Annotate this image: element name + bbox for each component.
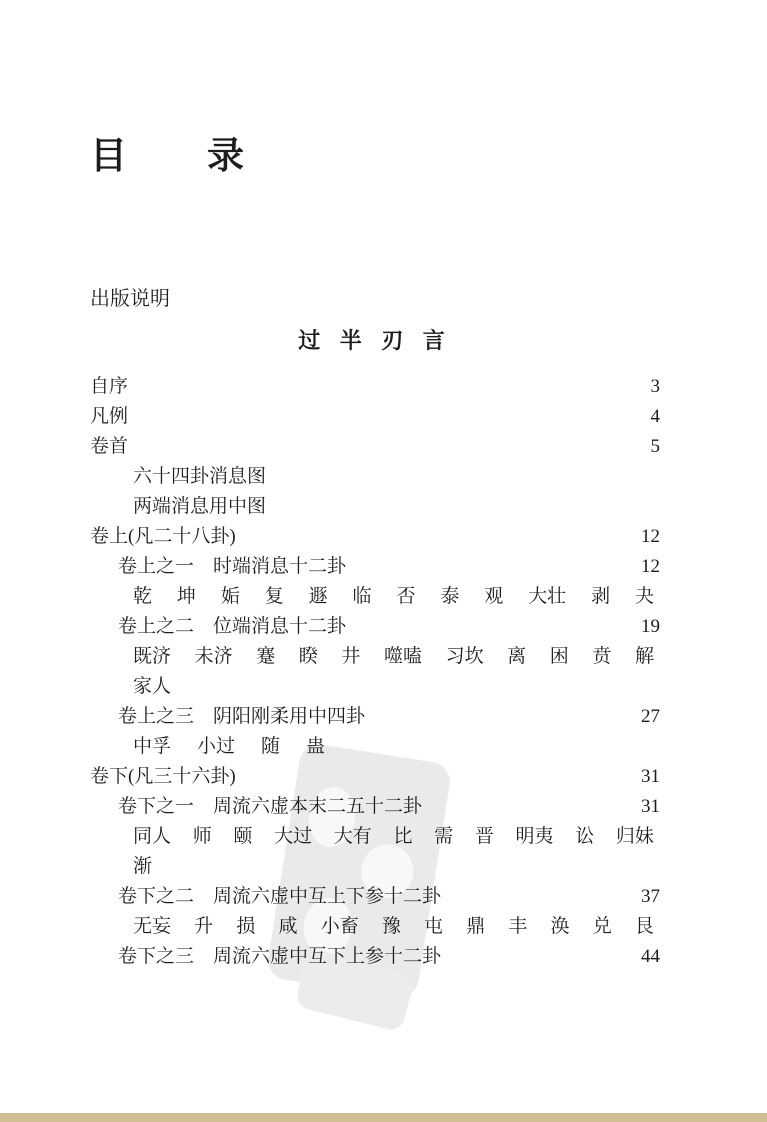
hexagram-name: 未济 — [195, 644, 233, 669]
hexagram-name: 观 — [484, 584, 503, 609]
toc-entry-row: 凡例4 — [90, 404, 660, 429]
toc-entry-text: 六十四卦消息图 — [133, 464, 266, 489]
toc-entry-text: 自序 — [90, 374, 128, 399]
hexagram-name: 小畜 — [321, 914, 359, 939]
hexagram-name: 临 — [353, 584, 372, 609]
toc-entry-row: 卷上之二 位端消息十二卦19 — [90, 614, 660, 639]
hexagram-name: 豫 — [382, 914, 401, 939]
toc-hexagram-row: 同人师颐大过大有比需晋明夷讼归妹 — [90, 824, 660, 849]
front-matter-entry: 出版说明 — [90, 286, 660, 312]
hexagram-name: 姤 — [221, 584, 240, 609]
hexagram-name: 明夷 — [516, 824, 554, 849]
toc-entry-text: 卷下之三 周流六虚中互下上参十二卦 — [118, 944, 441, 969]
toc-hexagram-row: 家人 — [90, 674, 660, 699]
hexagram-name: 兑 — [593, 914, 612, 939]
toc-hexagram-row: 既济未济蹇睽井噬嗑习坎离困贲解 — [90, 644, 660, 669]
hexagram-name: 家人 — [133, 674, 171, 699]
toc-entry-text: 两端消息用中图 — [133, 494, 266, 519]
toc-hexagram-row: 渐 — [90, 854, 660, 879]
hexagram-name: 无妄 — [133, 914, 171, 939]
toc-hexagram-row: 无妄升损咸小畜豫屯鼎丰涣兑艮 — [90, 914, 660, 939]
toc-entry-page-number: 27 — [641, 704, 660, 729]
hexagram-name: 鼎 — [466, 914, 485, 939]
toc-entry-text: 卷上之三 阴阳刚柔用中四卦 — [118, 704, 365, 729]
page-content: 目 录 出版说明 过 半 刃 言 自序3凡例4卷首5六十四卦消息图两端消息用中图… — [90, 136, 660, 974]
hexagram-name: 大有 — [334, 824, 372, 849]
hexagram-name: 遯 — [309, 584, 328, 609]
hexagram-name: 师 — [193, 824, 212, 849]
hexagram-names-line: 既济未济蹇睽井噬嗑习坎离困贲解 — [133, 644, 660, 669]
hexagram-name: 涣 — [551, 914, 570, 939]
scanned-book-page: 目 录 出版说明 过 半 刃 言 自序3凡例4卷首5六十四卦消息图两端消息用中图… — [0, 0, 767, 1122]
hexagram-name: 睽 — [299, 644, 318, 669]
toc-entry-text: 卷首 — [90, 434, 128, 459]
hexagram-name: 习坎 — [446, 644, 484, 669]
hexagram-name: 损 — [236, 914, 255, 939]
hexagram-name: 困 — [550, 644, 569, 669]
hexagram-names-line: 渐 — [133, 854, 660, 879]
hexagram-name: 复 — [265, 584, 284, 609]
hexagram-names-line: 家人 — [133, 674, 660, 699]
hexagram-name: 归妹 — [616, 824, 654, 849]
toc-entry-page-number: 37 — [641, 884, 660, 909]
hexagram-name: 大壮 — [528, 584, 566, 609]
hexagram-name: 既济 — [133, 644, 171, 669]
hexagram-name: 同人 — [133, 824, 171, 849]
hexagram-name: 井 — [341, 644, 360, 669]
hexagram-name: 讼 — [575, 824, 594, 849]
hexagram-name: 坤 — [177, 584, 196, 609]
toc-entry-text: 卷上(凡二十八卦) — [90, 524, 236, 549]
toc-entry-row: 卷首5 — [90, 434, 660, 459]
hexagram-name: 颐 — [233, 824, 252, 849]
toc-entry-page-number: 5 — [651, 434, 661, 459]
toc-entry-page-number: 44 — [641, 944, 660, 969]
hexagram-name: 中孚 — [133, 734, 171, 759]
toc-entry-row: 卷上之三 阴阳刚柔用中四卦27 — [90, 704, 660, 729]
section-title: 过 半 刃 言 — [90, 328, 660, 354]
hexagram-name: 贲 — [592, 644, 611, 669]
toc-entry-row: 卷上之一 时端消息十二卦12 — [90, 554, 660, 579]
toc-entry-page-number: 12 — [641, 524, 660, 549]
hexagram-name: 噬嗑 — [384, 644, 422, 669]
toc-entry-page-number: 19 — [641, 614, 660, 639]
hexagram-names-line: 中孚小过随蛊 — [133, 734, 660, 759]
hexagram-name: 蹇 — [256, 644, 275, 669]
hexagram-name: 随 — [261, 734, 280, 759]
hexagram-name: 屯 — [424, 914, 443, 939]
toc-entry-text: 卷下之二 周流六虚中互上下参十二卦 — [118, 884, 441, 909]
hexagram-names-line: 乾坤姤复遯临否泰观大壮剥夬 — [133, 584, 660, 609]
toc-entry-page-number: 4 — [651, 404, 661, 429]
toc-entry-page-number: 31 — [641, 764, 660, 789]
hexagram-name: 否 — [396, 584, 415, 609]
toc-hexagram-row: 中孚小过随蛊 — [90, 734, 660, 759]
hexagram-name: 咸 — [279, 914, 298, 939]
toc-entry-text: 卷上之一 时端消息十二卦 — [118, 554, 346, 579]
toc-list: 自序3凡例4卷首5六十四卦消息图两端消息用中图卷上(凡二十八卦)12卷上之一 时… — [90, 374, 660, 969]
toc-entry-text: 卷上之二 位端消息十二卦 — [118, 614, 346, 639]
hexagram-names-line: 无妄升损咸小畜豫屯鼎丰涣兑艮 — [133, 914, 660, 939]
hexagram-name: 小过 — [197, 734, 235, 759]
toc-entry-page-number: 3 — [651, 374, 661, 399]
toc-entry-row: 卷下(凡三十六卦)31 — [90, 764, 660, 789]
hexagram-name: 升 — [194, 914, 213, 939]
hexagram-name: 夬 — [635, 584, 654, 609]
page-title: 目 录 — [90, 136, 660, 176]
toc-entry-row: 六十四卦消息图 — [90, 464, 660, 489]
toc-entry-text: 卷下之一 周流六虚本末二五十二卦 — [118, 794, 422, 819]
toc-entry-page-number: 12 — [641, 554, 660, 579]
toc-entry-row: 卷下之三 周流六虚中互下上参十二卦44 — [90, 944, 660, 969]
page-bottom-edge — [0, 1113, 767, 1122]
hexagram-name: 需 — [434, 824, 453, 849]
hexagram-name: 泰 — [440, 584, 459, 609]
toc-entry-row: 卷下之一 周流六虚本末二五十二卦31 — [90, 794, 660, 819]
toc-entry-text: 凡例 — [90, 404, 128, 429]
hexagram-name: 渐 — [133, 854, 152, 879]
toc-entry-row: 卷下之二 周流六虚中互上下参十二卦37 — [90, 884, 660, 909]
hexagram-name: 离 — [507, 644, 526, 669]
hexagram-name: 解 — [635, 644, 654, 669]
toc-entry-page-number: 31 — [641, 794, 660, 819]
hexagram-name: 剥 — [591, 584, 610, 609]
toc-entry-row: 卷上(凡二十八卦)12 — [90, 524, 660, 549]
toc-entry-row: 两端消息用中图 — [90, 494, 660, 519]
hexagram-name: 蛊 — [306, 734, 325, 759]
hexagram-name: 大过 — [274, 824, 312, 849]
hexagram-name: 艮 — [635, 914, 654, 939]
hexagram-name: 比 — [393, 824, 412, 849]
toc-entry-row: 自序3 — [90, 374, 660, 399]
toc-entry-text: 卷下(凡三十六卦) — [90, 764, 236, 789]
toc-hexagram-row: 乾坤姤复遯临否泰观大壮剥夬 — [90, 584, 660, 609]
hexagram-name: 晋 — [475, 824, 494, 849]
hexagram-names-line: 同人师颐大过大有比需晋明夷讼归妹 — [133, 824, 660, 849]
hexagram-name: 丰 — [508, 914, 527, 939]
hexagram-name: 乾 — [133, 584, 152, 609]
